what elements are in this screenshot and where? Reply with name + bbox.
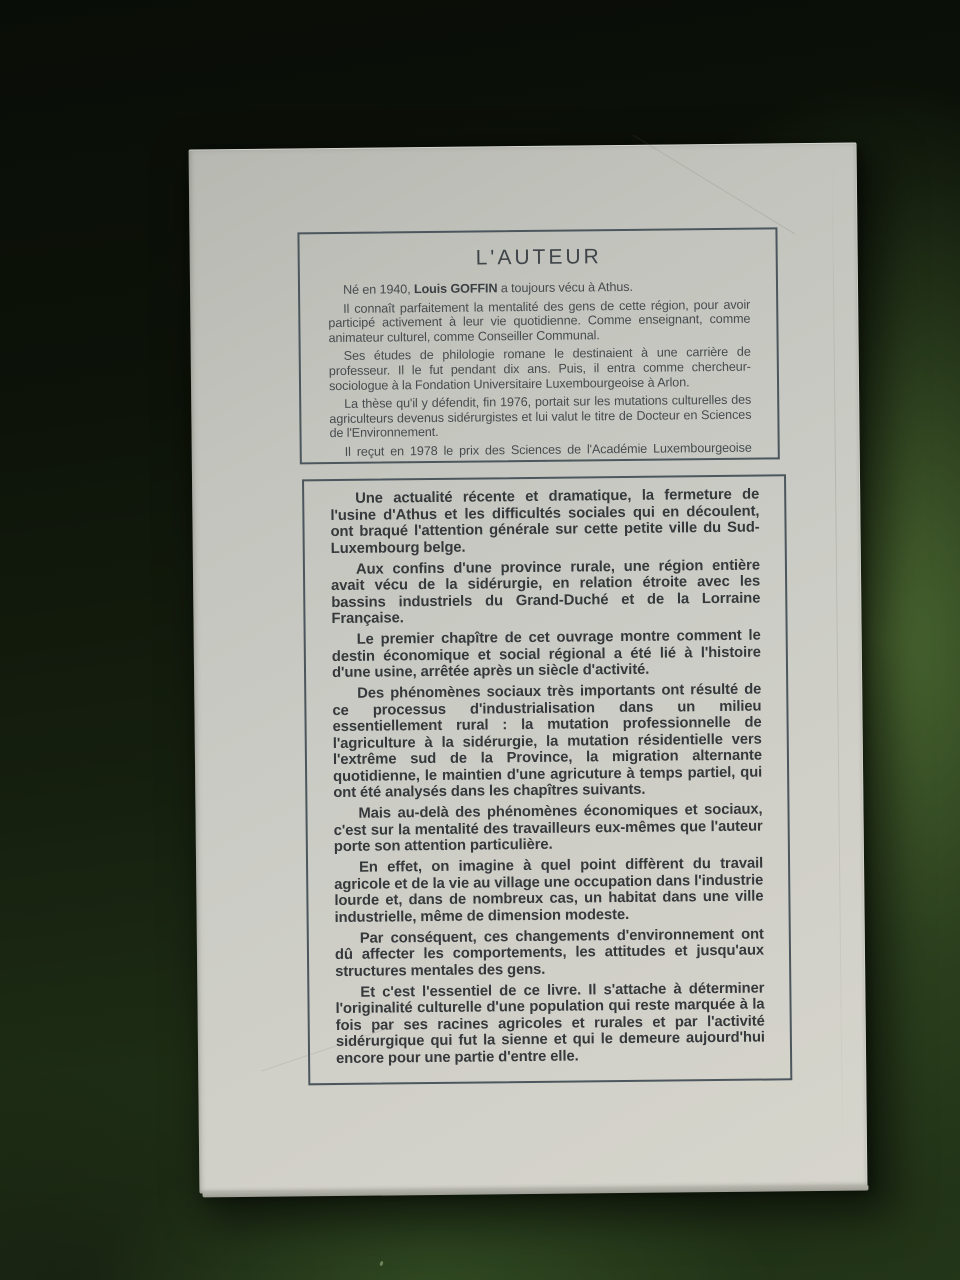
author-paragraph-1: Né en 1940, Louis GOFFIN a toujours vécu…	[328, 279, 750, 298]
author-paragraph-4: La thèse qu'il y défendit, fin 1976, por…	[329, 393, 751, 441]
author-paragraph-1-prefix: Né en 1940,	[343, 282, 414, 297]
book-back-cover: L'AUTEUR Né en 1940, Louis GOFFIN a touj…	[189, 143, 868, 1194]
author-paragraph-5: Il reçut en 1978 le prix des Sciences de…	[330, 441, 752, 465]
synopsis-paragraph-7: Par conséquent, ces changements d'enviro…	[335, 926, 764, 980]
synopsis-paragraph-6: En effet, on imagine à quel point diffèr…	[334, 856, 764, 926]
synopsis-paragraph-4: Des phénomènes sociaux très importants o…	[332, 682, 762, 802]
author-box-title: L'AUTEUR	[328, 244, 750, 272]
author-name: Louis GOFFIN	[414, 281, 498, 296]
scuff-mark	[633, 135, 796, 235]
author-paragraph-2: Il connaît parfaitement la mentalité des…	[328, 297, 750, 345]
synopsis-paragraph-2: Aux confins d'une province rurale, une r…	[331, 557, 761, 627]
cover-hinge-line	[832, 149, 844, 1181]
synopsis-paragraph-8: Et c'est l'essentiel de ce livre. Il s'a…	[335, 980, 765, 1067]
synopsis-paragraph-5: Mais au-delà des phénomènes économiques …	[333, 802, 762, 856]
author-paragraph-3: Ses études de philologie romane le desti…	[329, 345, 751, 393]
synopsis-paragraph-1: Une actualité récente et dramatique, la …	[330, 487, 760, 557]
synopsis-box: Une actualité récente et dramatique, la …	[302, 474, 792, 1085]
photo-background: L'AUTEUR Né en 1940, Louis GOFFIN a touj…	[0, 0, 960, 1280]
author-box: L'AUTEUR Né en 1940, Louis GOFFIN a touj…	[297, 227, 779, 464]
author-paragraph-1-suffix: a toujours vécu à Athus.	[497, 280, 633, 295]
synopsis-paragraph-3: Le premier chapître de cet ouvrage montr…	[332, 628, 761, 682]
page-edge	[202, 1185, 868, 1197]
dust-speck	[379, 1261, 384, 1267]
